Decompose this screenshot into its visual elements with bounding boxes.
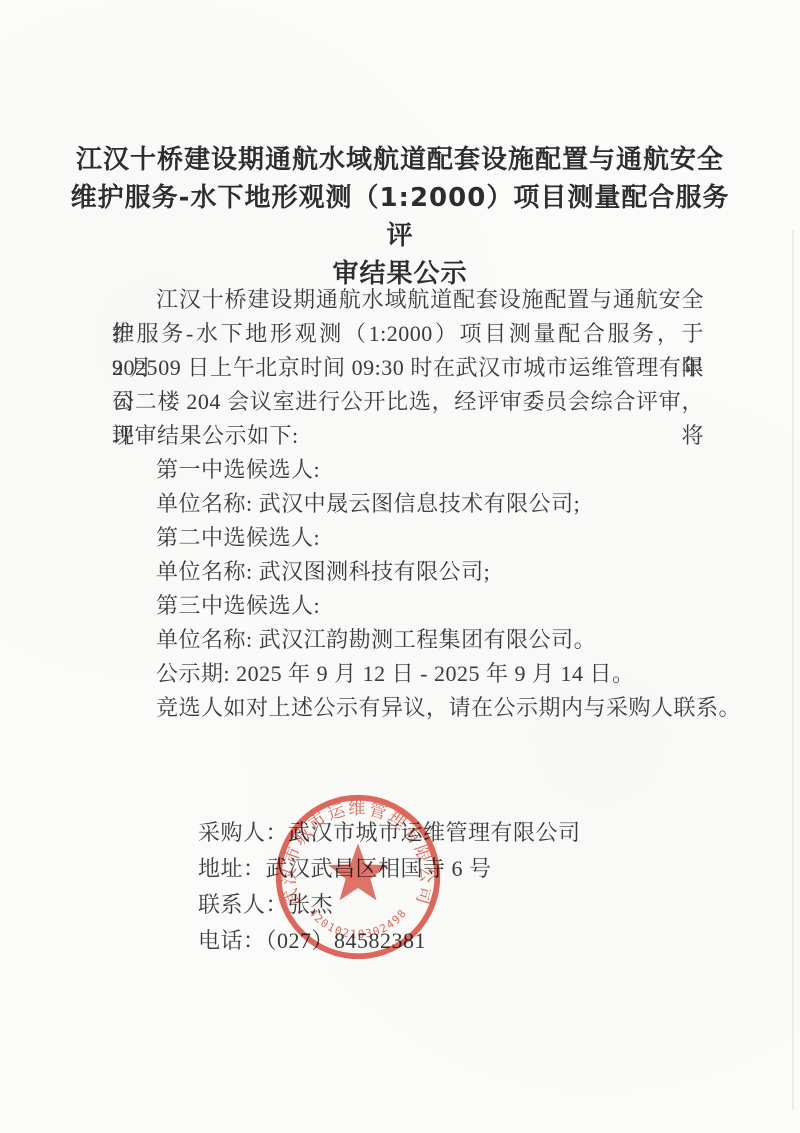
- title-line-1: 江汉十桥建设期通航水域航道配套设施配置与通航安全: [60, 141, 740, 179]
- candidate-name-line: 单位名称: 武汉中晟云图信息技术有限公司;: [112, 487, 704, 521]
- address-line: 地址：武汉武昌区相国寺 6 号: [198, 851, 581, 887]
- candidate-name-line: 单位名称: 武汉江韵勘测工程集团有限公司。: [112, 623, 704, 657]
- document-title: 江汉十桥建设期通航水域航道配套设施配置与通航安全 维护服务-水下地形观测（1:2…: [60, 141, 740, 293]
- intro-line: 护服务-水下地形观测（1:2000）项目测量配合服务，于 2025 年: [112, 317, 704, 351]
- intro-line: 9 月 09 日上午北京时间 09:30 时在武汉市城市运维管理有限公: [112, 351, 704, 385]
- objection-notice-line: 竞选人如对上述公示有异议，请在公示期内与采购人联系。: [112, 691, 704, 725]
- contact-line: 联系人：张杰: [198, 887, 581, 923]
- candidate-rank-line: 第二中选候选人:: [112, 521, 704, 555]
- scan-edge-artifact: [792, 230, 794, 1110]
- candidate-rank-line: 第三中选候选人:: [112, 589, 704, 623]
- intro-line: 江汉十桥建设期通航水域航道配套设施配置与通航安全维: [112, 283, 704, 317]
- candidate-rank-line: 第一中选候选人:: [112, 453, 704, 487]
- document-body: 江汉十桥建设期通航水域航道配套设施配置与通航安全维 护服务-水下地形观测（1:2…: [112, 283, 704, 725]
- phone-line: 电话：（027）84582381: [198, 923, 581, 959]
- publicity-period-line: 公示期: 2025 年 9 月 12 日 - 2025 年 9 月 14 日。: [112, 657, 704, 691]
- intro-line: 司二楼 204 会议室进行公开比选，经评审委员会综合评审，现将: [112, 385, 704, 419]
- document-page: 江汉十桥建设期通航水域航道配套设施配置与通航安全 维护服务-水下地形观测（1:2…: [0, 0, 800, 1133]
- title-line-2: 维护服务-水下地形观测（1:2000）项目测量配合服务评: [60, 179, 740, 255]
- purchaser-info: 采购人：武汉市城市运维管理有限公司 地址：武汉武昌区相国寺 6 号 联系人：张杰…: [198, 815, 581, 959]
- candidate-name-line: 单位名称: 武汉图测科技有限公司;: [112, 555, 704, 589]
- purchaser-line: 采购人：武汉市城市运维管理有限公司: [198, 815, 581, 851]
